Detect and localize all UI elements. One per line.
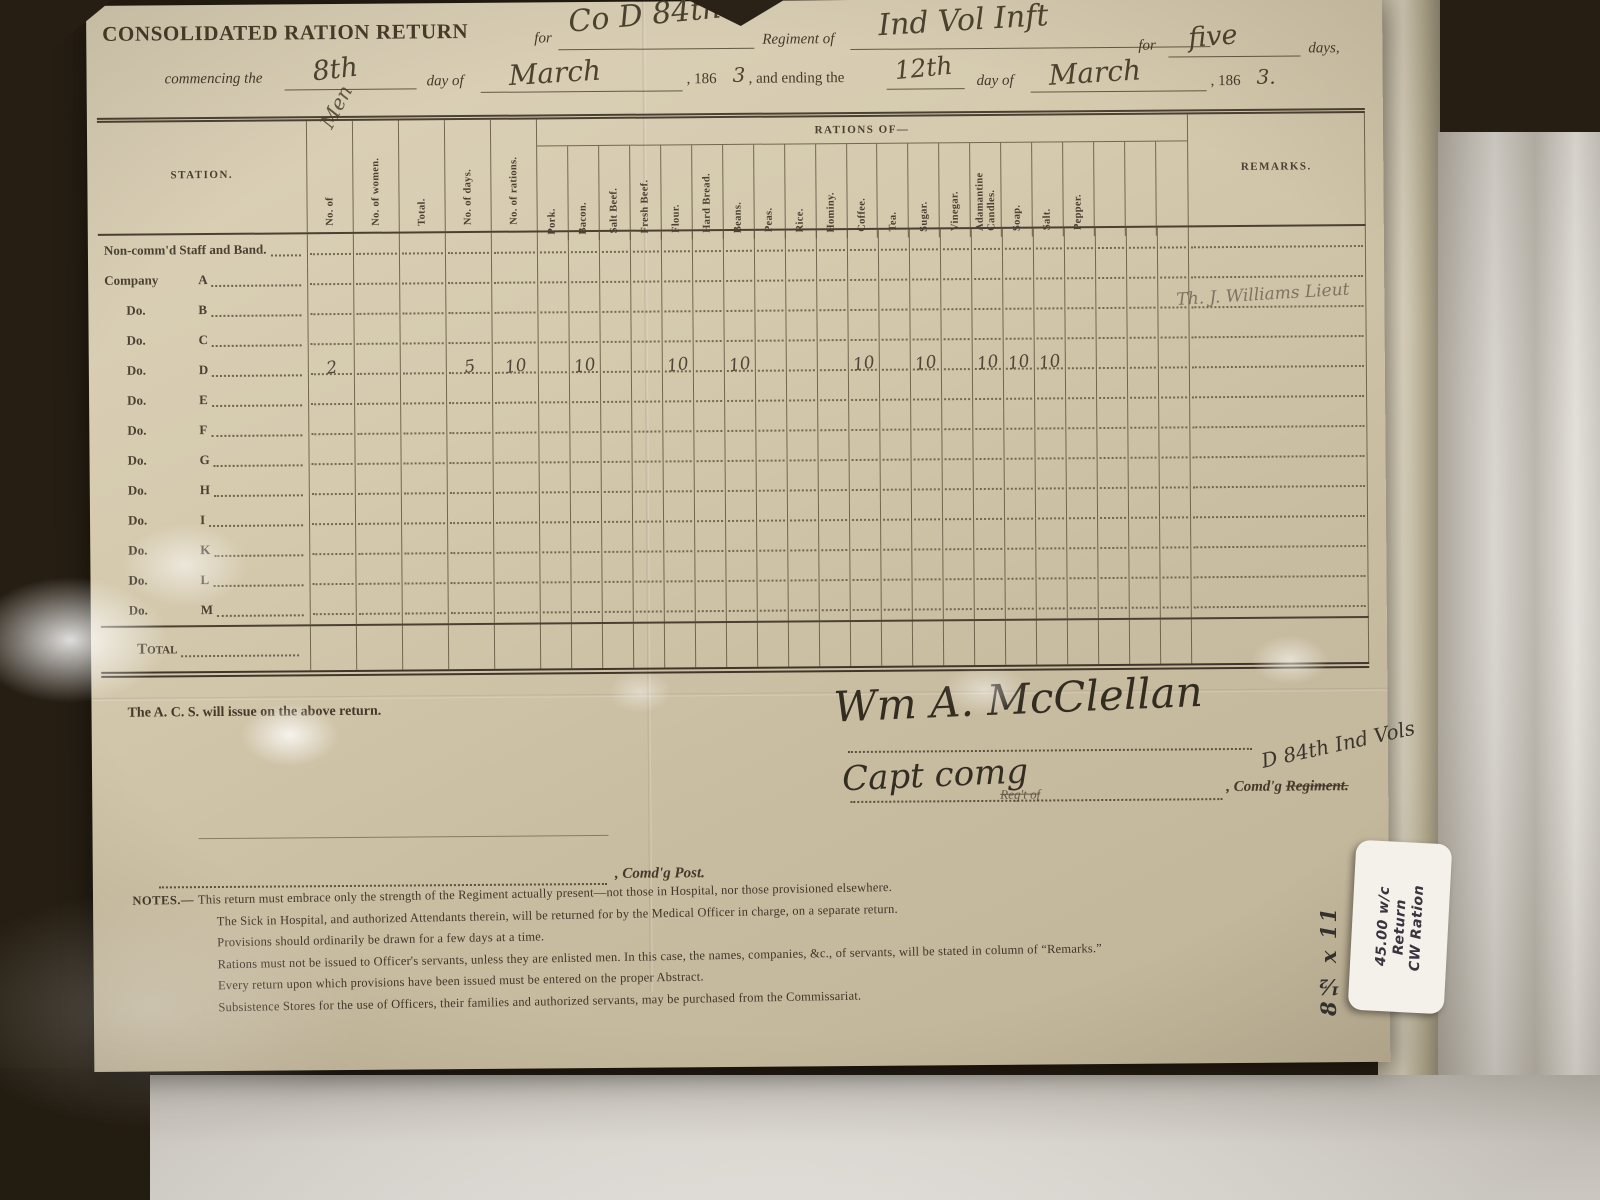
sticker-line: CW Ration [1407, 884, 1428, 971]
dotted-leader [212, 384, 302, 407]
cell-total-blank3 [1161, 619, 1192, 663]
blank-line [1168, 54, 1300, 57]
dotted-leader [213, 564, 303, 587]
cell-hardbread [693, 231, 724, 261]
cell-coffee [848, 290, 879, 320]
cell-rations: 10 [493, 352, 539, 382]
cell-flour [664, 471, 695, 501]
cell-tea [880, 410, 911, 440]
cell-men [308, 294, 354, 324]
cell-saltbeef [602, 562, 633, 592]
column-label: Pork. [547, 208, 559, 234]
handwritten-end-month: March [1048, 53, 1142, 92]
cell-beans: 10 [725, 351, 756, 381]
cell-hardbread [694, 441, 725, 471]
cell-rations [492, 262, 538, 292]
cell-bacon [570, 442, 601, 472]
column-label: Soap. [1011, 204, 1023, 230]
column-label: Salt. [1042, 209, 1054, 231]
cell-pork [539, 442, 570, 472]
cell-candles [974, 529, 1005, 559]
cell-pepper [1065, 228, 1096, 258]
cell-hardbread [693, 321, 724, 351]
cell-remarks [1191, 466, 1368, 497]
cell-peas [757, 531, 788, 561]
for-label: for [534, 30, 552, 47]
cell-bacon [569, 232, 600, 262]
cell-rice [789, 590, 820, 620]
handwritten-start-month: March [508, 54, 602, 93]
cell-men [310, 504, 356, 534]
cell-freshbeef [632, 351, 663, 381]
cell-blank1 [1098, 498, 1129, 528]
cell-saltbeef [603, 592, 634, 622]
cell-total-men [311, 626, 357, 670]
cell-flour [665, 591, 696, 621]
cell-hominy [818, 410, 849, 440]
cell-sugar: 10 [911, 349, 942, 379]
cell-total [400, 293, 446, 323]
cell-blank3 [1159, 377, 1190, 407]
notes-label: NOTES.— [132, 893, 194, 908]
cell-pork [540, 562, 571, 592]
acs-line: The A. C. S. will issue on the above ret… [127, 704, 381, 722]
cell-salt [1034, 318, 1065, 348]
cell-peas [755, 321, 786, 351]
cell-vinegar [942, 379, 973, 409]
cell-soap: 10 [1004, 349, 1035, 379]
cell-total-rice [789, 622, 820, 666]
column-header-blank1 [1094, 142, 1126, 236]
cell-pepper [1066, 408, 1097, 438]
row-prefix: Do. [98, 295, 198, 326]
cell-blank1 [1096, 228, 1127, 258]
rations-columns: Pork.Bacon.Salt Beef.Fresh Beef.Flour.Ha… [537, 141, 1188, 240]
cell-blank3 [1158, 257, 1189, 287]
cell-tea [881, 530, 912, 560]
row-letter: K [200, 535, 210, 565]
column-header-blank3 [1156, 141, 1188, 235]
cell-tea [880, 440, 911, 470]
cell-rice [787, 410, 818, 440]
column-header-total: Total. [399, 120, 446, 231]
dotted-leader [211, 294, 301, 317]
cell-rice [788, 560, 819, 590]
cell-total-blank1 [1099, 620, 1130, 664]
column-header-tea: Tea. [878, 144, 910, 238]
cell-bacon [571, 502, 602, 532]
cell-sugar [912, 499, 943, 529]
cell-men [310, 474, 356, 504]
dotted-leader [270, 234, 301, 256]
row-prefix: Do. [101, 595, 201, 626]
cell-freshbeef [633, 531, 664, 561]
cell-hardbread [696, 591, 727, 621]
handwritten-value: 2 [325, 357, 339, 378]
cell-pepper [1068, 588, 1099, 618]
cell-freshbeef [631, 231, 662, 261]
cell-women [355, 324, 401, 354]
cell-rice [786, 230, 817, 260]
cell-beans [724, 321, 755, 351]
cell-women [354, 264, 400, 294]
cell-peas [757, 471, 788, 501]
cell-hominy [818, 350, 849, 380]
cell-total-total [403, 625, 449, 669]
cell-hominy [817, 290, 848, 320]
cell-rice [788, 470, 819, 500]
cell-soap [1005, 529, 1036, 559]
cell-days [447, 443, 493, 473]
handwritten-value: 10 [1038, 351, 1062, 374]
cell-remarks [1190, 376, 1367, 407]
dotted-leader [211, 264, 301, 287]
cell-freshbeef [633, 471, 664, 501]
cell-coffee [850, 530, 881, 560]
row-label-cell: Do.K [100, 534, 310, 566]
column-label: No. of rations. [508, 157, 520, 225]
cell-hominy [819, 500, 850, 530]
handwritten-value: 10 [666, 354, 690, 377]
cell-salt [1035, 438, 1066, 468]
cell-hominy [817, 320, 848, 350]
day-of-label: day of [977, 73, 1014, 90]
cell-peas [756, 381, 787, 411]
cell-beans [724, 291, 755, 321]
cell-candles [974, 559, 1005, 589]
cell-women [356, 534, 402, 564]
cell-pepper [1067, 528, 1098, 558]
cell-men [309, 414, 355, 444]
cell-hominy [817, 230, 848, 260]
cell-days [447, 323, 493, 353]
cell-peas [756, 411, 787, 441]
photo-backdrop: CONSOLIDATED RATION RETURN for Co D 84th… [0, 0, 1600, 1200]
cell-vinegar [941, 319, 972, 349]
cell-hardbread [694, 351, 725, 381]
cell-candles [972, 289, 1003, 319]
dotted-leader [212, 354, 302, 377]
cell-rations [494, 532, 540, 562]
cell-beans [725, 381, 756, 411]
column-header-hominy: Hominy. [816, 144, 848, 238]
cell-soap [1004, 439, 1035, 469]
cell-total-blank2 [1130, 620, 1161, 664]
row-label-cell: Do.C [99, 324, 309, 356]
comdg-regiment-label: , Comd'g Regiment. [1226, 778, 1349, 796]
cell-freshbeef [631, 321, 662, 351]
cell-saltbeef [601, 382, 632, 412]
cell-saltbeef [602, 502, 633, 532]
cell-total-rations [495, 624, 541, 668]
remarks-header: REMARKS. [1241, 160, 1312, 173]
cell-candles [974, 499, 1005, 529]
column-header-soap: Soap. [1001, 143, 1033, 237]
cell-hardbread [695, 561, 726, 591]
cell-soap [1003, 289, 1034, 319]
cell-blank1 [1097, 438, 1128, 468]
cell-saltbeef [601, 442, 632, 472]
cell-days [449, 593, 495, 623]
handwritten-value: 10 [573, 354, 597, 377]
cell-vinegar [941, 289, 972, 319]
cell-pepper [1065, 258, 1096, 288]
cell-soap [1003, 319, 1034, 349]
cell-men [311, 594, 357, 624]
cell-salt [1036, 498, 1067, 528]
cell-blank1 [1098, 528, 1129, 558]
column-header-coffee: Coffee. [847, 144, 879, 238]
cell-peas [757, 501, 788, 531]
row-prefix: Company [98, 265, 198, 296]
cell-rice [788, 530, 819, 560]
cell-men [310, 534, 356, 564]
tissue-paper-right [1438, 132, 1600, 1200]
column-label: Adamantine Candles. [974, 143, 998, 231]
cell-sugar [910, 229, 941, 259]
cell-remarks [1190, 346, 1367, 377]
cell-pork [538, 262, 569, 292]
row-prefix: Do. [99, 325, 199, 356]
row-letter: H [200, 475, 210, 505]
cell-blank2 [1127, 288, 1158, 318]
cell-coffee: 10 [849, 350, 880, 380]
cell-remarks [1190, 436, 1367, 467]
cell-pork [540, 532, 571, 562]
column-label: Bacon. [578, 202, 590, 235]
cell-women [356, 474, 402, 504]
cell-candles: 10 [973, 349, 1004, 379]
cell-sugar [912, 559, 943, 589]
cell-total-days [449, 625, 495, 669]
cell-coffee [848, 320, 879, 350]
cell-salt [1035, 408, 1066, 438]
cell-days [446, 293, 492, 323]
cell-peas [756, 441, 787, 471]
cell-soap [1004, 379, 1035, 409]
cell-peas [755, 261, 786, 291]
cell-candles [972, 259, 1003, 289]
row-label-cell: Do.M [101, 594, 311, 626]
row-label-cell: CompanyA [98, 264, 308, 296]
cell-freshbeef [631, 261, 662, 291]
cell-hominy [819, 470, 850, 500]
cell-total-bacon [572, 624, 603, 668]
cell-blank3 [1159, 407, 1190, 437]
cell-total [402, 503, 448, 533]
cell-blank2 [1129, 558, 1160, 588]
cell-pork [538, 232, 569, 262]
row-label-cell: Do.F [99, 414, 309, 446]
ration-return-document: CONSOLIDATED RATION RETURN for Co D 84th… [86, 0, 1390, 1072]
cell-pork [541, 592, 572, 622]
cell-rations [493, 322, 539, 352]
cell-total-pork [541, 624, 572, 668]
cell-vinegar [943, 529, 974, 559]
cell-blank2 [1128, 348, 1159, 378]
cell-beans [724, 231, 755, 261]
cell-hominy [819, 560, 850, 590]
cell-remarks [1189, 316, 1366, 347]
cell-rations [495, 592, 541, 622]
sticker-line: Return [1391, 899, 1410, 956]
cell-hardbread [694, 411, 725, 441]
dotted-leader [212, 324, 302, 347]
cell-flour [662, 261, 693, 291]
cell-rations [492, 232, 538, 262]
dotted-leader [214, 444, 303, 467]
cell-total-women [357, 626, 403, 670]
cell-soap [1005, 559, 1036, 589]
cell-men [308, 264, 354, 294]
column-label: Salt Beef. [609, 188, 621, 234]
cell-bacon [570, 382, 601, 412]
cell-coffee [850, 470, 881, 500]
cell-pork [539, 412, 570, 442]
cell-blank2 [1129, 468, 1160, 498]
cell-hardbread [693, 261, 724, 291]
commencing-label: commencing the [165, 71, 263, 89]
cell-blank3 [1159, 437, 1190, 467]
cell-hardbread [695, 501, 726, 531]
cell-blank1 [1097, 378, 1128, 408]
cell-vinegar [941, 259, 972, 289]
row-prefix: Do. [100, 565, 200, 596]
cell-sugar [911, 439, 942, 469]
cell-total-pepper [1068, 620, 1099, 664]
rations-group: RATIONS OF—Pork.Bacon.Salt Beef.Fresh Be… [537, 114, 1189, 230]
cell-sugar [910, 319, 941, 349]
column-header-sugar: Sugar. [909, 143, 941, 237]
row-label-cell: Do.H [100, 474, 310, 506]
cell-tea [879, 260, 910, 290]
cell-rice [787, 350, 818, 380]
cell-pork [540, 502, 571, 532]
table-header: STATION.No. ofMenNo. of women.Total.No. … [97, 108, 1366, 236]
cell-men [309, 384, 355, 414]
cell-vinegar [942, 439, 973, 469]
cell-candles [973, 439, 1004, 469]
cell-blank1 [1096, 318, 1127, 348]
cell-total [401, 383, 447, 413]
cell-days: 5 [447, 353, 493, 383]
cell-pork [539, 382, 570, 412]
ration-table: Th. J. Williams Lieut STATION.No. ofMenN… [97, 108, 1369, 678]
cell-total-freshbeef [634, 623, 665, 667]
cell-salt [1036, 468, 1067, 498]
cell-total [403, 593, 449, 623]
cell-vinegar [943, 469, 974, 499]
cell-total-coffee [851, 622, 882, 666]
cell-beans [725, 411, 756, 441]
column-label: No. of women. [370, 158, 382, 226]
column-label: Rice. [794, 208, 806, 232]
dotted-leader [214, 534, 303, 557]
station-header-cell: STATION. [97, 121, 308, 234]
handwritten-year-digit: 3 [732, 63, 745, 87]
row-letter: A [198, 265, 208, 295]
cell-salt [1034, 258, 1065, 288]
cell-remarks [1190, 406, 1367, 437]
cell-total [401, 353, 447, 383]
cell-tea [880, 350, 911, 380]
cell-candles [973, 379, 1004, 409]
cell-women [356, 564, 402, 594]
cell-total-tea [882, 622, 913, 666]
cell-hardbread [695, 471, 726, 501]
cell-pork [540, 472, 571, 502]
cell-tea [879, 290, 910, 320]
column-label: Peas. [763, 208, 775, 233]
cell-freshbeef [632, 381, 663, 411]
cell-candles [973, 409, 1004, 439]
cell-total-sugar [913, 621, 944, 665]
handwritten-days: five [1187, 19, 1239, 54]
cell-blank3 [1160, 497, 1191, 527]
cell-saltbeef [600, 292, 631, 322]
cell-beans [725, 441, 756, 471]
notes-block: NOTES.—This return must embrace only the… [132, 872, 1324, 1023]
cell-freshbeef [633, 561, 664, 591]
row-label-cell: Do.D [99, 354, 309, 386]
cell-total [401, 323, 447, 353]
cell-rice [788, 500, 819, 530]
cell-saltbeef [602, 472, 633, 502]
cell-bacon [571, 532, 602, 562]
cell-soap [1005, 499, 1036, 529]
cell-pepper [1066, 438, 1097, 468]
cell-saltbeef [602, 532, 633, 562]
cell-women [357, 594, 403, 624]
cell-bacon [571, 562, 602, 592]
cell-pepper [1066, 378, 1097, 408]
cell-rice [786, 260, 817, 290]
cell-beans [724, 261, 755, 291]
column-header-saltbeef: Salt Beef. [599, 146, 631, 240]
cell-blank1 [1099, 588, 1130, 618]
cell-coffee [850, 500, 881, 530]
cell-total [400, 233, 446, 263]
column-header-hardbread: Hard Bread. [692, 145, 724, 239]
handwritten-regiment: Ind Vol Inft [877, 0, 1049, 43]
column-header-rations: No. of rations. [491, 119, 538, 230]
row-label-cell: Do.G [99, 444, 309, 476]
cell-hominy [818, 440, 849, 470]
cell-coffee [849, 440, 880, 470]
cell-tea [881, 500, 912, 530]
column-label: Fresh Beef. [639, 180, 651, 234]
comdg-post-label: , Comd'g Post. [615, 865, 705, 883]
dotted-leader [211, 414, 302, 437]
column-label: Hominy. [825, 192, 837, 232]
cell-bacon [571, 472, 602, 502]
cell-blank3 [1160, 467, 1191, 497]
column-label: No. of [324, 197, 336, 226]
cell-salt [1035, 378, 1066, 408]
cell-soap [1006, 589, 1037, 619]
column-label: Pepper. [1073, 194, 1085, 230]
cell-coffee [849, 380, 880, 410]
row-label-cell: Do.E [99, 384, 309, 416]
cell-total-vinegar [944, 621, 975, 665]
row-letter: E [199, 385, 208, 415]
cell-saltbeef [601, 412, 632, 442]
cell-blank2 [1129, 498, 1160, 528]
cell-days [448, 503, 494, 533]
cell-flour [662, 321, 693, 351]
cell-days [448, 533, 494, 563]
year-printed: , 186 [687, 71, 717, 88]
